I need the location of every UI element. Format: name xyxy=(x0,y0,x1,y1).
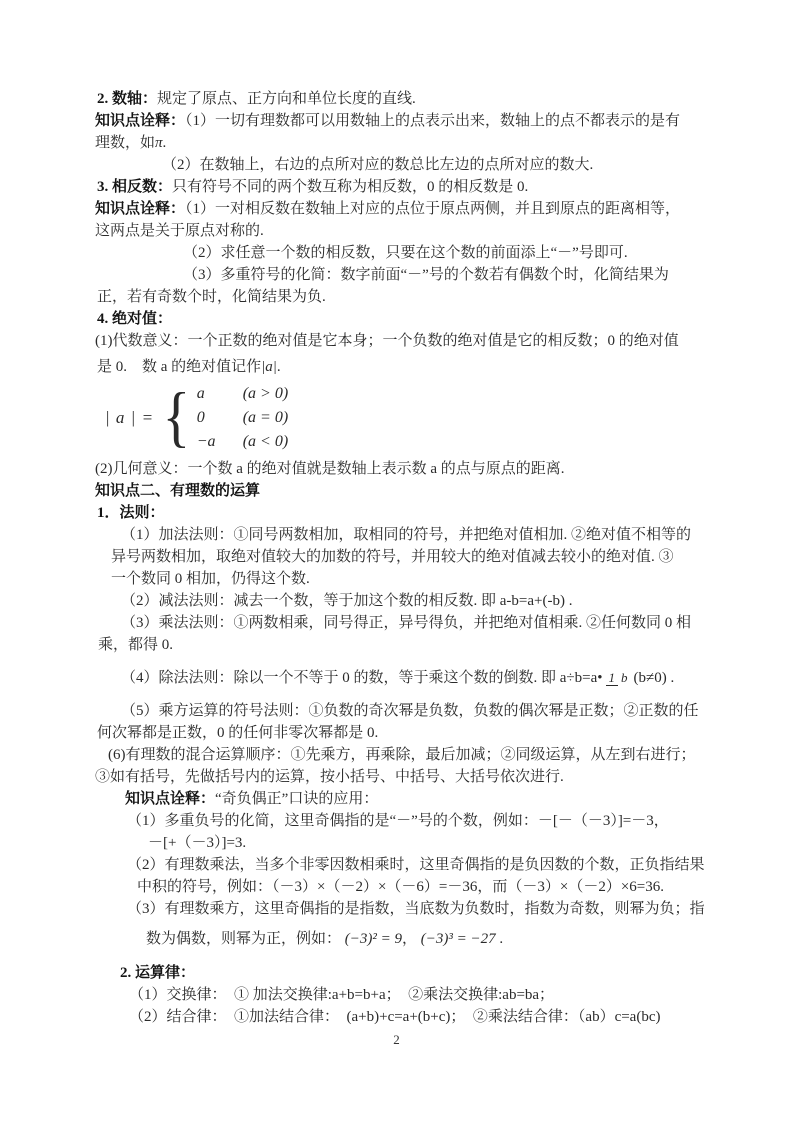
text-segment: 中积的符号，例如：（－3）×（－2）×（－6）=－36，而（－3）×（－2）×6… xyxy=(137,879,664,895)
bold-label: 知识点二、有理数的运算 xyxy=(95,483,260,499)
abs-lhs: | a | = xyxy=(105,408,154,428)
text-segment: （2）有理数乘法，当多个非零因数相乘时，这里奇偶指的是负因数的个数，正负指结果 xyxy=(127,857,705,873)
text-segment: －[+（－3）]=3. xyxy=(148,835,246,851)
text-segment: （1）一切有理数都可以用数轴上的点表示出来，数轴上的点不都表示的是有 xyxy=(185,113,680,129)
text-segment: 异号两数相加，取绝对值较大的加数的符号，并用较大的绝对值减去较小的绝对值. ③ xyxy=(111,549,674,565)
text-line: （2）减法法则：减去一个数，等于加这个数的相反数. 即 a-b=a+(-b) . xyxy=(121,590,695,612)
text-segment: ③如有括号，先做括号内的运算，按小括号、中括号、大括号依次进行. xyxy=(95,769,564,785)
text-line: （3）乘法法则：①两数相乘，同号得正，异号得负，并把绝对值相乘. ②任何数同 0… xyxy=(121,612,695,634)
text-line: 中积的符号，例如：（－3）×（－2）×（－6）=－36，而（－3）×（－2）×6… xyxy=(137,876,695,898)
text-line: （2）在数轴上，右边的点所对应的数总比左边的点所对应的数大. xyxy=(162,154,695,176)
text-line: 理数，如π. xyxy=(95,132,695,154)
abs-row-value: a xyxy=(197,385,243,403)
math-segment: |a| xyxy=(261,359,277,375)
text-line: 异号两数相加，取绝对值较大的加数的符号，并用较大的绝对值减去较小的绝对值. ③ xyxy=(111,546,695,568)
fraction-denominator: b xyxy=(618,670,631,685)
bold-label: 知识点诠释： xyxy=(95,113,185,129)
abs-row: −a(a < 0) xyxy=(197,430,288,454)
fraction: 1b xyxy=(606,670,631,685)
text-segment: 这两点是关于原点对称的. xyxy=(95,223,264,239)
text-line: 知识点诠释：（1）一对相反数在数轴上对应的点位于原点两侧，并且到原点的距离相等， xyxy=(95,198,695,220)
text-segment: 是 0. 数 a 的绝对值记作 xyxy=(97,359,261,375)
bold-label: 4. 绝对值： xyxy=(97,311,172,327)
abs-row: 0(a = 0) xyxy=(197,406,288,430)
bold-label: 3. 相反数： xyxy=(97,179,172,195)
text-segment: 数为偶数，则幂为正，例如： xyxy=(146,931,345,947)
text-line: 1．法则： xyxy=(97,502,695,524)
math-segment: π xyxy=(155,135,163,151)
text-line: (6)有理数的混合运算顺序：①先乘方，再乘除，最后加减；②同级运算，从左到右进行… xyxy=(108,744,695,766)
text-segment: 只有符号不同的两个数互称为相反数，0 的相反数是 0. xyxy=(172,179,528,195)
text-line: 4. 绝对值： xyxy=(97,308,695,330)
bold-label: 2. 数轴： xyxy=(97,91,157,107)
text-line: 乘，都得 0. xyxy=(98,634,695,656)
text-line: （1）加法法则：①同号两数相加，取相同的符号，并把绝对值相加. ②绝对值不相等的 xyxy=(121,524,695,546)
text-line: （2）有理数乘法，当多个非零因数相乘时，这里奇偶指的是负因数的个数，正负指结果 xyxy=(127,854,695,876)
abs-row-condition: (a = 0) xyxy=(243,409,288,427)
text-segment: (2)几何意义：一个数 a 的绝对值就是数轴上表示数 a 的点与原点的距离. xyxy=(95,461,565,477)
math-segment: (−3)² = 9 xyxy=(345,931,402,947)
text-segment: “奇负偶正”口诀的应用： xyxy=(215,791,378,807)
text-line: (1)代数意义：一个正数的绝对值是它本身；一个负数的绝对值是它的相反数；0 的绝… xyxy=(95,330,695,352)
text-line: 这两点是关于原点对称的. xyxy=(95,220,695,242)
text-segment: （1）多重负号的化简，这里奇偶指的是“－”号的个数，例如：－[－（－3）]=－3… xyxy=(127,813,669,829)
abs-row: a(a > 0) xyxy=(197,382,288,406)
page-number: 2 xyxy=(0,1032,793,1048)
text-line: （1）交换律： ① 加法交换律:a+b=b+a； ②乘法交换律:ab=ba； xyxy=(129,984,695,1006)
left-brace: { xyxy=(163,381,191,451)
text-line: （1）多重负号的化简，这里奇偶指的是“－”号的个数，例如：－[－（－3）]=－3… xyxy=(127,810,695,832)
math-segment: (−3)³ = −27 xyxy=(421,931,496,947)
text-segment: （3）有理数乘方，这里奇偶指的是指数，当底数为负数时，指数为奇数，则幂为负；指 xyxy=(127,901,705,917)
text-segment: 何次幂都是正数，0 的任何非零次幂都是 0. xyxy=(97,725,378,741)
text-segment: 规定了原点、正方向和单位长度的直线. xyxy=(157,91,416,107)
text-line: 何次幂都是正数，0 的任何非零次幂都是 0. xyxy=(97,722,695,744)
abs-row-condition: (a > 0) xyxy=(243,385,288,403)
text-line: 正，若有奇数个时，化简结果为负. xyxy=(97,286,695,308)
text-line: －[+（－3）]=3. xyxy=(148,832,695,854)
text-segment: （2）求任意一个数的相反数，只要在这个数的前面添上“－”号即可. xyxy=(183,245,628,261)
text-line: 3. 相反数：只有符号不同的两个数互称为相反数，0 的相反数是 0. xyxy=(97,176,695,198)
text-line: (2)几何意义：一个数 a 的绝对值就是数轴上表示数 a 的点与原点的距离. xyxy=(95,458,695,480)
text-segment: 乘，都得 0. xyxy=(98,637,173,653)
text-segment: ， xyxy=(402,931,421,947)
text-line: （3）多重符号的化简：数字前面“－”号的个数若有偶数个时，化简结果为 xyxy=(183,264,695,286)
text-segment: . xyxy=(277,359,281,375)
text-line: 知识点二、有理数的运算 xyxy=(95,480,695,502)
text-segment: （2）减法法则：减去一个数，等于加这个数的相反数. 即 a-b=a+(-b) . xyxy=(121,593,572,609)
text-segment: 理数，如 xyxy=(95,135,155,151)
text-line: （4）除法法则：除以一个不等于 0 的数，等于乘这个数的倒数. 即 a÷b=a•… xyxy=(121,658,695,698)
abs-row-condition: (a < 0) xyxy=(243,433,288,451)
text-line: （2）结合律： ①加法结合律： (a+b)+c=a+(b+c)； ②乘法结合律：… xyxy=(129,1006,695,1028)
text-line: 数为偶数，则幂为正，例如： (−3)² = 9， (−3)³ = −27 . xyxy=(146,928,695,950)
abs-cases: a(a > 0)0(a = 0)−a(a < 0) xyxy=(197,382,288,454)
text-line: 2. 运算律： xyxy=(120,962,695,984)
text-line: 是 0. 数 a 的绝对值记作|a|. xyxy=(97,356,695,378)
text-line: ③如有括号，先做括号内的运算，按小括号、中括号、大括号依次进行. xyxy=(95,766,695,788)
text-segment: （3）乘法法则：①两数相乘，同号得正，异号得负，并把绝对值相乘. ②任何数同 0… xyxy=(121,615,691,631)
abs-row-value: −a xyxy=(197,433,243,451)
text-segment: （1）交换律： ① 加法交换律:a+b=b+a； ②乘法交换律:ab=ba； xyxy=(129,987,554,1003)
text-line: 2. 数轴：规定了原点、正方向和单位长度的直线. xyxy=(97,88,695,110)
text-segment: （4）除法法则：除以一个不等于 0 的数，等于乘这个数的倒数. 即 a÷b=a• xyxy=(121,670,603,686)
bold-label: 知识点诠释： xyxy=(125,791,215,807)
bold-label: 1．法则： xyxy=(97,505,165,521)
document-page: 2. 数轴：规定了原点、正方向和单位长度的直线.知识点诠释：（1）一切有理数都可… xyxy=(0,0,793,1122)
abs-row-value: 0 xyxy=(197,409,243,427)
text-segment: （2）结合律： ①加法结合律： (a+b)+c=a+(b+c)； ②乘法结合律：… xyxy=(129,1009,661,1025)
text-segment: . xyxy=(496,931,504,947)
text-segment: (6)有理数的混合运算顺序：①先乘方，再乘除，最后加减；②同级运算，从左到右进行… xyxy=(108,747,696,763)
text-segment: . xyxy=(163,135,167,151)
content: 2. 数轴：规定了原点、正方向和单位长度的直线.知识点诠释：（1）一切有理数都可… xyxy=(95,88,695,1028)
text-line: （3）有理数乘方，这里奇偶指的是指数，当底数为负数时，指数为奇数，则幂为负；指 xyxy=(127,898,695,920)
abs-value-formula: | a | ={a(a > 0)0(a = 0)−a(a < 0) xyxy=(105,380,695,456)
text-segment: （1）一对相反数在数轴上对应的点位于原点两侧，并且到原点的距离相等， xyxy=(185,201,680,217)
text-line: 知识点诠释：（1）一切有理数都可以用数轴上的点表示出来，数轴上的点不都表示的是有 xyxy=(95,110,695,132)
bold-label: 2. 运算律： xyxy=(120,965,195,981)
text-segment: （1）加法法则：①同号两数相加，取相同的符号，并把绝对值相加. ②绝对值不相等的 xyxy=(121,527,691,543)
text-line: （5）乘方运算的符号法则：①负数的奇次幂是负数，负数的偶次幂是正数；②正数的任 xyxy=(121,700,695,722)
text-line: 知识点诠释：“奇负偶正”口诀的应用： xyxy=(125,788,695,810)
text-line: （2）求任意一个数的相反数，只要在这个数的前面添上“－”号即可. xyxy=(183,242,695,264)
text-segment: 正，若有奇数个时，化简结果为负. xyxy=(97,289,326,305)
bold-label: 知识点诠释： xyxy=(95,201,185,217)
text-segment: （2）在数轴上，右边的点所对应的数总比左边的点所对应的数大. xyxy=(162,157,593,173)
text-segment: (1)代数意义：一个正数的绝对值是它本身；一个负数的绝对值是它的相反数；0 的绝… xyxy=(95,333,679,349)
text-segment: 一个数同 0 相加，仍得这个数. xyxy=(111,571,310,587)
text-segment: （5）乘方运算的符号法则：①负数的奇次幂是负数，负数的偶次幂是正数；②正数的任 xyxy=(121,703,699,719)
text-line: 一个数同 0 相加，仍得这个数. xyxy=(111,568,695,590)
text-segment: （3）多重符号的化简：数字前面“－”号的个数若有偶数个时，化简结果为 xyxy=(183,267,669,283)
text-segment: (b≠0) . xyxy=(634,670,675,686)
fraction-numerator: 1 xyxy=(606,670,619,686)
